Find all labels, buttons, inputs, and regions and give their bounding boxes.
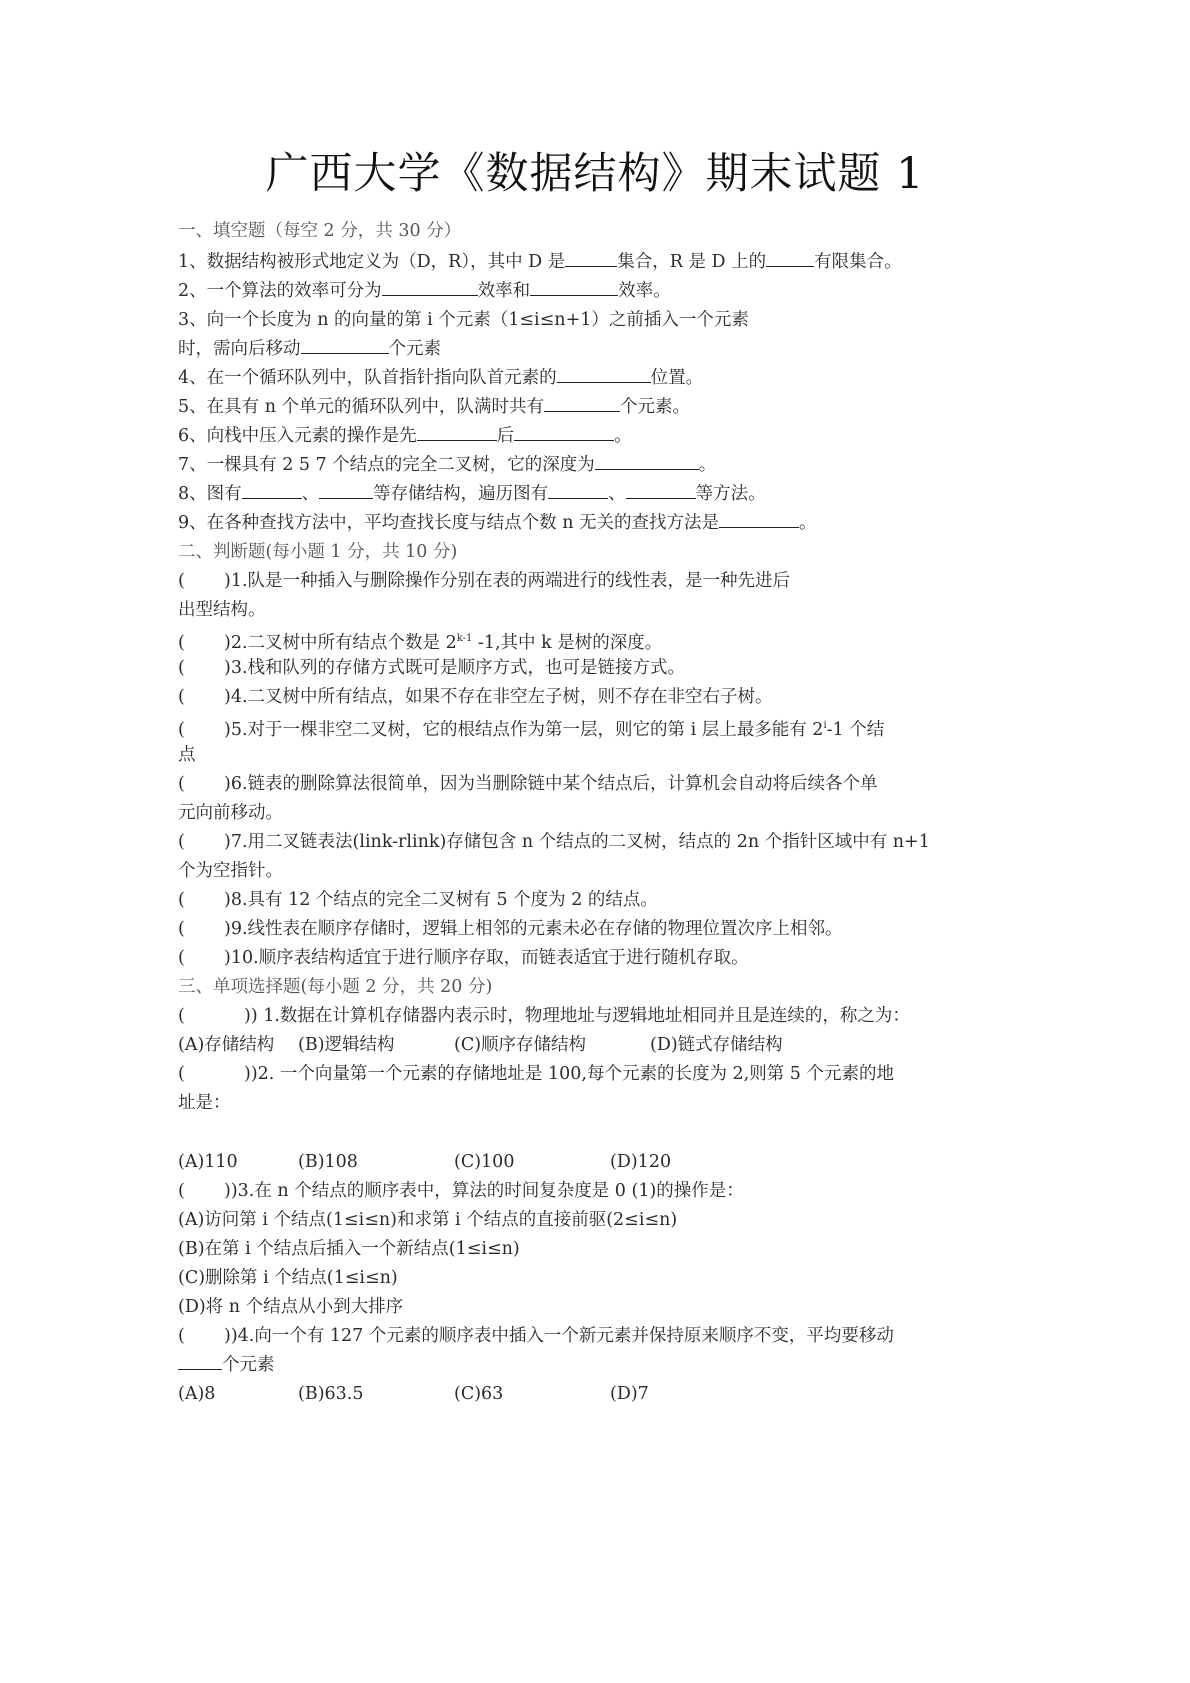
judge-question-2: ()2.二叉树中所有结点个数是 2k-1 -1,其中 k 是树的深度。 [178, 628, 662, 654]
fill-question-1: 1、数据结构被形式地定义为（D，R），其中 D 是集合，R 是 D 上的有限集合… [178, 251, 902, 273]
q6-text-c: 。 [614, 426, 632, 446]
judge-text: 10.顺序表结构适宜于进行顺序存取，而链表适宜于进行随机存取。 [231, 948, 749, 968]
q8-text-d: 、 [608, 484, 626, 504]
q9-text-b: 。 [799, 513, 817, 533]
q3-text-c: 个元素 [389, 339, 442, 359]
close-paren: ) [224, 1181, 231, 1201]
q8-text-b: 、 [302, 484, 320, 504]
q1-text-c: 有限集合。 [814, 252, 902, 272]
q7-text-a: 7、一棵具有 2 5 7 个结点的完全二叉树，它的深度为 [178, 455, 595, 475]
answer-parens[interactable]: ( [178, 773, 224, 795]
option-b[interactable]: (B)逻辑结构 [298, 1034, 454, 1056]
answer-parens[interactable]: ( [178, 1005, 244, 1027]
close-paren: ) [244, 1064, 251, 1084]
page-title: 广西大学《数据结构》期末试题 1 [0, 140, 1190, 201]
answer-blank[interactable] [417, 426, 497, 441]
choice-text: )4.向一个有 127 个元素的顺序表中插入一个新元素并保持原来顺序不变，平均要… [231, 1326, 894, 1346]
q6-text-a: 6、向栈中压入元素的操作是先 [178, 426, 417, 446]
option-c[interactable]: (C)删除第 i 个结点(1≤i≤n) [178, 1267, 398, 1289]
answer-blank[interactable] [178, 1355, 222, 1370]
q5-text-a: 5、在具有 n 个单元的循环队列中，队满时共有 [178, 397, 544, 417]
judge-question-8: ()8.具有 12 个结点的完全二叉树有 5 个度为 2 的结点。 [178, 889, 658, 911]
option-d[interactable]: (D)7 [610, 1383, 649, 1405]
choice-text: ) 1.数据在计算机存储器内表示时，物理地址与逻辑地址相同并且是连续的，称之为： [251, 1006, 910, 1026]
fill-question-8: 8、图有、等存储结构，遍历图有、等方法。 [178, 483, 766, 505]
answer-blank[interactable] [319, 484, 373, 499]
choice-text: )3.在 n 个结点的顺序表中，算法的时间复杂度是 0 (1)的操作是： [231, 1181, 744, 1201]
judge-question-7-cont: 个为空指针。 [178, 860, 283, 882]
close-paren: ) [224, 774, 231, 794]
close-paren: ) [224, 890, 231, 910]
choice-question-4-options: (A)8(B)63.5(C)63(D)7 [178, 1383, 649, 1405]
answer-parens[interactable]: ( [178, 947, 224, 969]
q1-text-b: 集合，R 是 D 上的 [617, 252, 766, 272]
choice-question-4-cont: 个元素 [178, 1354, 275, 1376]
fill-question-4: 4、在一个循环队列中，队首指针指向队首元素的位置。 [178, 367, 703, 389]
option-a[interactable]: (A)存储结构 [178, 1034, 298, 1056]
judge-text: 1.队是一种插入与删除操作分别在表的两端进行的线性表，是一种先进后 [231, 571, 790, 591]
superscript: k-1 [457, 633, 473, 644]
judge-question-3: ()3.栈和队列的存储方式既可是顺序方式，也可是链接方式。 [178, 657, 685, 679]
answer-parens[interactable]: ( [178, 1325, 224, 1347]
close-paren: ) [224, 658, 231, 678]
judge-text: 9.线性表在顺序存储时，逻辑上相邻的元素未必在存储的物理位置次序上相邻。 [231, 919, 843, 939]
answer-parens[interactable]: ( [178, 889, 224, 911]
close-paren: ) [224, 832, 231, 852]
q7-text-b: 。 [699, 455, 717, 475]
q2-text-a: 2、一个算法的效率可分为 [178, 281, 382, 301]
answer-blank[interactable] [514, 426, 614, 441]
q9-text-a: 9、在各种查找方法中，平均查找长度与结点个数 n 无关的查找方法是 [178, 513, 719, 533]
answer-blank[interactable] [595, 455, 699, 470]
fill-question-7: 7、一棵具有 2 5 7 个结点的完全二叉树，它的深度为。 [178, 454, 716, 476]
section1-heading: 一、填空题（每空 2 分，共 30 分） [178, 220, 461, 242]
answer-blank[interactable] [301, 339, 389, 354]
fill-question-3: 3、向一个长度为 n 的向量的第 i 个元素（1≤i≤n+1）之前插入一个元素 [178, 309, 749, 331]
q2-text-b: 效率和 [478, 281, 531, 301]
option-b[interactable]: (B)108 [298, 1151, 454, 1173]
judge-question-9: ()9.线性表在顺序存储时，逻辑上相邻的元素未必在存储的物理位置次序上相邻。 [178, 918, 843, 940]
judge-question-10: ()10.顺序表结构适宜于进行顺序存取，而链表适宜于进行随机存取。 [178, 947, 749, 969]
answer-parens[interactable]: ( [178, 632, 224, 654]
judge-text: 2.二叉树中所有结点个数是 2 [231, 633, 457, 653]
answer-parens[interactable]: ( [178, 1063, 244, 1085]
q8-text-e: 等方法。 [696, 484, 766, 504]
exam-page: 广西大学《数据结构》期末试题 1 一、填空题（每空 2 分，共 30 分） 1、… [0, 0, 1190, 1683]
option-a[interactable]: (A)访问第 i 个结点(1≤i≤n)和求第 i 个结点的直接前驱(2≤i≤n) [178, 1209, 677, 1231]
q5-text-b: 个元素。 [620, 397, 690, 417]
judge-text: 3.栈和队列的存储方式既可是顺序方式，也可是链接方式。 [231, 658, 685, 678]
answer-parens[interactable]: ( [178, 918, 224, 940]
answer-blank[interactable] [242, 484, 302, 499]
answer-blank[interactable] [557, 368, 651, 383]
option-c[interactable]: (C)顺序存储结构 [454, 1034, 650, 1056]
q1-text-a: 1、数据结构被形式地定义为（D，R），其中 D 是 [178, 252, 565, 272]
answer-blank[interactable] [530, 281, 618, 296]
fill-question-3-cont: 时，需向后移动个元素 [178, 338, 441, 360]
close-paren: ) [224, 919, 231, 939]
choice-question-2-cont: 址是： [178, 1092, 231, 1114]
fill-question-6: 6、向栈中压入元素的操作是先后。 [178, 425, 632, 447]
q4-text-b: 位置。 [651, 368, 704, 388]
q4-text-a: 4、在一个循环队列中，队首指针指向队首元素的 [178, 368, 557, 388]
choice-text-cont: 个元素 [222, 1355, 275, 1375]
section3-heading: 三、单项选择题(每小题 2 分，共 20 分) [178, 976, 492, 998]
judge-question-6-cont: 元向前移动。 [178, 802, 283, 824]
choice-question-4: ())4.向一个有 127 个元素的顺序表中插入一个新元素并保持原来顺序不变，平… [178, 1325, 894, 1347]
choice-text: )2. 一个向量第一个元素的存储地址是 100,每个元素的长度为 2,则第 5 … [251, 1064, 894, 1084]
judge-question-5-cont: 点 [178, 744, 196, 766]
judge-text-post: -1 个结 [827, 720, 885, 740]
judge-question-6: ()6.链表的删除算法很简单，因为当删除链中某个结点后，计算机会自动将后续各个单 [178, 773, 878, 795]
fill-question-9: 9、在各种查找方法中，平均查找长度与结点个数 n 无关的查找方法是。 [178, 512, 817, 534]
q8-text-c: 等存储结构，遍历图有 [373, 484, 548, 504]
choice-question-2-options: (A)110(B)108(C)100(D)120 [178, 1151, 671, 1173]
close-paren: ) [244, 1006, 251, 1026]
answer-blank[interactable] [548, 484, 608, 499]
judge-question-7: ()7.用二叉链表法(link-rlink)存储包含 n 个结点的二叉树，结点的… [178, 831, 930, 853]
close-paren: ) [224, 571, 231, 591]
judge-text: 5.对于一棵非空二叉树，它的根结点作为第一层，则它的第 i 层上最多能有 2 [231, 720, 824, 740]
judge-question-1-cont: 出型结构。 [178, 599, 266, 621]
close-paren: ) [224, 720, 231, 740]
option-b[interactable]: (B)在第 i 个结点后插入一个新结点(1≤i≤n) [178, 1238, 520, 1260]
option-c[interactable]: (C)63 [454, 1383, 610, 1405]
judge-text-post: -1,其中 k 是树的深度。 [472, 633, 662, 653]
option-a[interactable]: (A)8 [178, 1383, 298, 1405]
option-c[interactable]: (C)100 [454, 1151, 610, 1173]
answer-parens[interactable]: ( [178, 831, 224, 853]
choice-question-2: ())2. 一个向量第一个元素的存储地址是 100,每个元素的长度为 2,则第 … [178, 1063, 894, 1085]
section2-heading: 二、判断题(每小题 1 分，共 10 分) [178, 541, 457, 563]
judge-question-4: ()4.二叉树中所有结点，如果不存在非空左子树，则不存在非空右子树。 [178, 686, 773, 708]
option-a[interactable]: (A)110 [178, 1151, 298, 1173]
judge-question-5: ()5.对于一棵非空二叉树，它的根结点作为第一层，则它的第 i 层上最多能有 2… [178, 715, 884, 741]
option-d[interactable]: (D)120 [610, 1151, 671, 1173]
answer-blank[interactable] [766, 252, 814, 267]
option-d[interactable]: (D)将 n 个结点从小到大排序 [178, 1296, 403, 1318]
close-paren: ) [224, 687, 231, 707]
fill-question-2: 2、一个算法的效率可分为效率和效率。 [178, 280, 671, 302]
option-b[interactable]: (B)63.5 [298, 1383, 454, 1405]
q8-text-a: 8、图有 [178, 484, 242, 504]
option-d[interactable]: (D)链式存储结构 [650, 1034, 783, 1056]
judge-text: 8.具有 12 个结点的完全二叉树有 5 个度为 2 的结点。 [231, 890, 658, 910]
choice-question-3: ())3.在 n 个结点的顺序表中，算法的时间复杂度是 0 (1)的操作是： [178, 1180, 744, 1202]
judge-text: 7.用二叉链表法(link-rlink)存储包含 n 个结点的二叉树，结点的 2… [231, 832, 930, 852]
answer-parens[interactable]: ( [178, 657, 224, 679]
answer-blank[interactable] [382, 281, 478, 296]
close-paren: ) [224, 633, 231, 653]
answer-blank[interactable] [626, 484, 696, 499]
answer-blank[interactable] [544, 397, 620, 412]
judge-text: 4.二叉树中所有结点，如果不存在非空左子树，则不存在非空右子树。 [231, 687, 773, 707]
choice-question-1: ()) 1.数据在计算机存储器内表示时，物理地址与逻辑地址相同并且是连续的，称之… [178, 1005, 910, 1027]
judge-text: 6.链表的删除算法很简单，因为当删除链中某个结点后，计算机会自动将后续各个单 [231, 774, 878, 794]
judge-question-1: ()1.队是一种插入与删除操作分别在表的两端进行的线性表，是一种先进后 [178, 570, 790, 592]
fill-question-5: 5、在具有 n 个单元的循环队列中，队满时共有个元素。 [178, 396, 690, 418]
close-paren: ) [224, 1326, 231, 1346]
answer-parens[interactable]: ( [178, 570, 224, 592]
q6-text-b: 后 [497, 426, 515, 446]
q3-text-b: 时，需向后移动 [178, 339, 301, 359]
choice-question-1-options: (A)存储结构(B)逻辑结构(C)顺序存储结构(D)链式存储结构 [178, 1034, 783, 1056]
answer-parens[interactable]: ( [178, 686, 224, 708]
answer-parens[interactable]: ( [178, 719, 224, 741]
q2-text-c: 效率。 [618, 281, 671, 301]
close-paren: ) [224, 948, 231, 968]
answer-parens[interactable]: ( [178, 1180, 224, 1202]
answer-blank[interactable] [719, 513, 799, 528]
answer-blank[interactable] [565, 252, 617, 267]
